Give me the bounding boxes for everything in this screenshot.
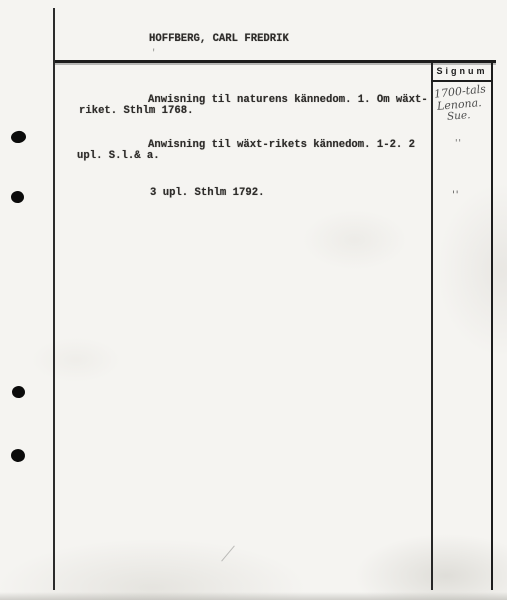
header-divider-rule [55, 60, 496, 63]
ditto-mark: '' [455, 139, 462, 149]
punch-hole-dot [10, 130, 27, 144]
catalog-entry-line: Anwisning til wäxt-rikets kännedom. 1-2.… [148, 139, 415, 151]
signum-column-right-rule [491, 63, 493, 590]
ditto-mark: '' [452, 190, 460, 201]
signum-column-header: Signum [431, 66, 493, 76]
catalog-entry-line: riket. Sthlm 1768. [79, 105, 193, 117]
punch-hole-dot [10, 448, 25, 462]
punch-hole-dot [12, 386, 25, 398]
left-margin-rule [53, 8, 55, 590]
catalog-entry-line: upl. S.l.& a. [77, 150, 160, 162]
stray-ink-mark: ' [151, 48, 156, 58]
bottom-scan-edge [0, 592, 507, 600]
page-title: HOFFBERG, CARL FREDRIK [149, 33, 289, 45]
punch-hole-dot [11, 191, 24, 203]
signum-column-left-rule [431, 63, 433, 590]
scanned-catalog-card: { "header": { "title": "HOFFBERG, CARL F… [0, 0, 507, 600]
handwritten-signum-line: Sue. [447, 109, 471, 123]
catalog-entry-line: 3 upl. Sthlm 1792. [150, 187, 264, 199]
scratch-mark [221, 546, 235, 562]
